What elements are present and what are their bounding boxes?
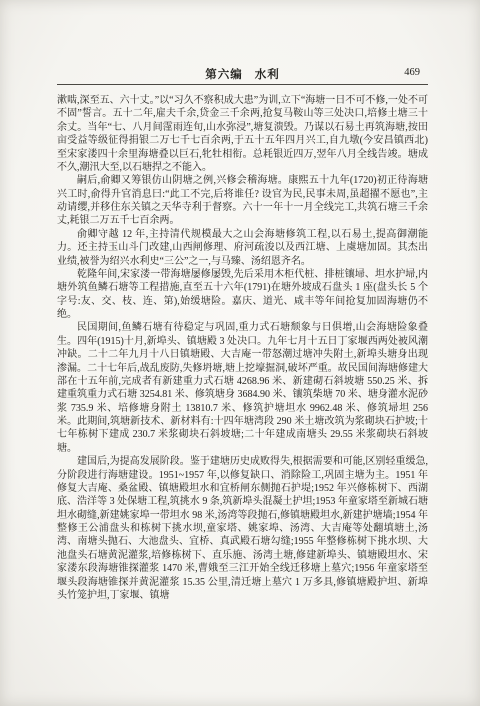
page-content: 第六编水利 469 漱啮,深至五、六十丈。”以“习久不察积成大患”为训,立下“海… (57, 66, 428, 602)
paragraph-1: 漱啮,深至五、六十丈。”以“习久不察积成大患”为训,立下“海塘一日不可不修,一处… (57, 94, 428, 174)
page-header: 第六编水利 469 (57, 66, 428, 82)
paragraph-5: 民国期间,鱼鳞石塘有待稳定与巩固,重力式石塘颓象与日俱增,山会海塘险象叠生。四年… (57, 321, 428, 455)
paragraph-3: 俞卿守越 12 年,主持清代规模最大之山会海塘修筑工程,以石易土,提高御潮能力。… (57, 228, 428, 268)
book-page: 第六编水利 469 漱啮,深至五、六十丈。”以“习久不察积成大患”为训,立下“海… (0, 0, 480, 706)
chapter-section: 第六编 (205, 69, 243, 81)
paragraph-6: 建国后,为提高发展阶段。鉴于建塘历史成败得失,根据需要和可能,区别轻重缓急,分阶… (57, 455, 428, 602)
chapter-title: 水利 (255, 69, 280, 81)
paragraph-4: 乾隆年间,宋家溇一带海塘屡修屡毁,先后采用木柜代桩、排桩镶埽、坦水护埽,内塘外筑… (57, 268, 428, 322)
chapter-heading: 第六编水利 (57, 66, 428, 82)
header-rule (57, 84, 428, 85)
paragraph-2: 嗣后,俞卿又筹银仿山阴塘之例,兴修会稽海塘。康熙五十九年(1720)初正待海塘兴… (57, 174, 428, 228)
body-text: 漱啮,深至五、六十丈。”以“习久不察积成大患”为训,立下“海塘一日不可不修,一处… (57, 94, 428, 602)
page-number: 469 (404, 67, 420, 78)
